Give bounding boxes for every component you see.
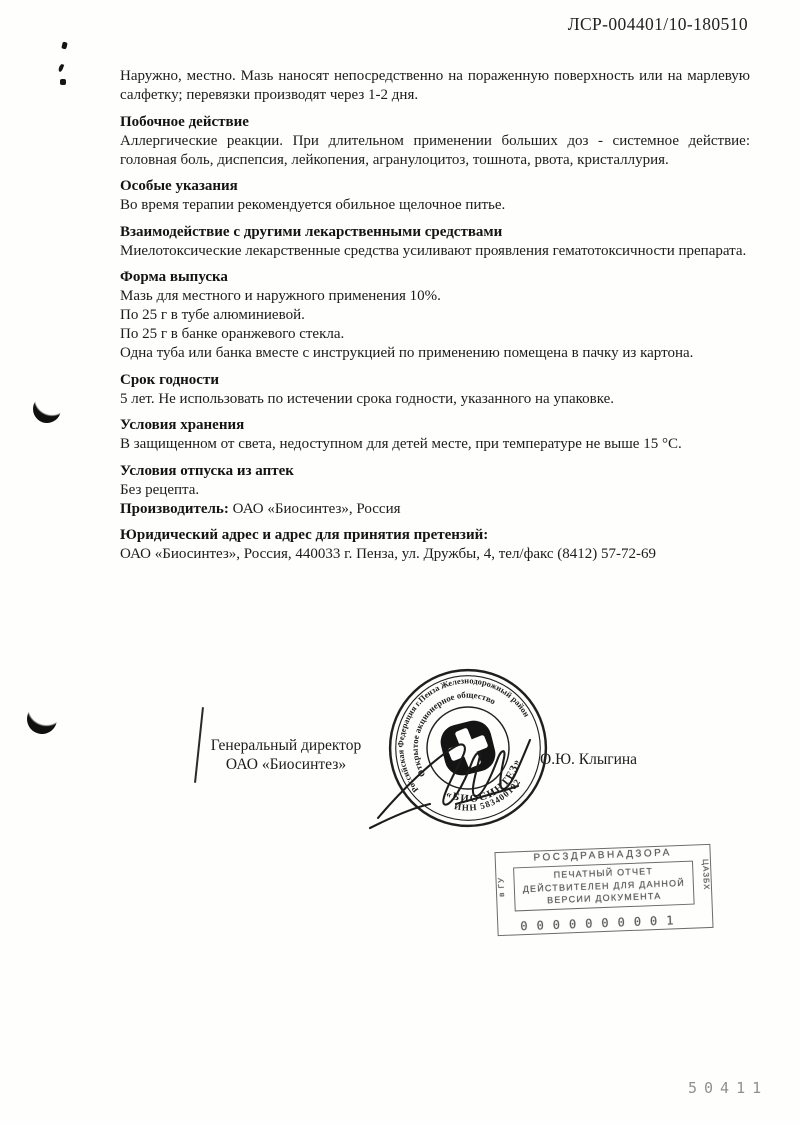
registration-number: ЛСР-004401/10-180510	[568, 14, 748, 35]
verification-stamp-left-text: в ГУ	[496, 877, 506, 897]
section-heading-special-instructions: Особые указания	[120, 177, 750, 196]
release-form-line: Одна туба или банка вместе с инструкцией…	[120, 344, 750, 363]
verification-stamp-serial: 0000000001	[520, 912, 702, 933]
verification-stamp: РОСЗДРАВНАДЗОРА ПЕЧАТНЫЙ ОТЧЕТ ДЕЙСТВИТЕ…	[494, 844, 713, 936]
legal-address-heading: Юридический адрес и адрес для принятия п…	[120, 526, 750, 545]
producer-label: Производитель:	[120, 501, 229, 517]
signature-title-line2: ОАО «Биосинтез»	[204, 755, 368, 774]
legal-address-body: ОАО «Биосинтез», Россия, 440033 г. Пенза…	[120, 545, 750, 564]
intro-paragraph: Наружно, местно. Мазь наносят непосредст…	[120, 67, 750, 105]
handwritten-signature	[360, 700, 590, 840]
section-body-dispensing: Без рецепта.	[120, 481, 750, 500]
section-heading-dispensing: Условия отпуска из аптек	[120, 462, 750, 481]
ink-crescent-mark	[26, 703, 58, 735]
page-number: 50411	[688, 1079, 768, 1097]
section-body-special-instructions: Во время терапии рекомендуется обильное …	[120, 196, 750, 215]
release-form-line: По 25 г в тубе алюминиевой.	[120, 306, 750, 325]
ink-speck	[60, 79, 66, 85]
document-page: ЛСР-004401/10-180510 Наружно, местно. Ма…	[0, 0, 800, 1124]
signature-rule-line	[194, 707, 204, 783]
section-body-side-effects: Аллергические реакции. При длительном пр…	[120, 132, 750, 170]
release-form-line: По 25 г в банке оранжевого стекла.	[120, 325, 750, 344]
section-body-storage: В защищенном от света, недоступном для д…	[120, 435, 750, 454]
signature-title: Генеральный директор ОАО «Биосинтез»	[204, 736, 368, 774]
verification-stamp-text-box: ПЕЧАТНЫЙ ОТЧЕТ ДЕЙСТВИТЕЛЕН ДЛЯ ДАННОЙ В…	[513, 861, 695, 912]
producer-line: Производитель: ОАО «Биосинтез», Россия	[120, 500, 750, 519]
ink-crescent-mark	[31, 393, 63, 425]
section-body-drug-interactions: Миелотоксические лекарственные средства …	[120, 242, 750, 261]
verification-stamp-right-text: ЦАЗБХ	[701, 859, 711, 891]
document-body: Наружно, местно. Мазь наносят непосредст…	[120, 67, 750, 564]
section-heading-drug-interactions: Взаимодействие с другими лекарственными …	[120, 223, 750, 242]
section-heading-side-effects: Побочное действие	[120, 113, 750, 132]
ink-speck	[58, 64, 64, 73]
section-heading-shelf-life: Срок годности	[120, 371, 750, 390]
producer-value: ОАО «Биосинтез», Россия	[229, 501, 401, 517]
section-heading-storage: Условия хранения	[120, 416, 750, 435]
ink-speck	[61, 41, 68, 49]
section-body-shelf-life: 5 лет. Не использовать по истечении срок…	[120, 390, 750, 409]
section-heading-release-form: Форма выпуска	[120, 268, 750, 287]
signature-title-line1: Генеральный директор	[204, 736, 368, 755]
release-form-line: Мазь для местного и наружного применения…	[120, 287, 750, 306]
